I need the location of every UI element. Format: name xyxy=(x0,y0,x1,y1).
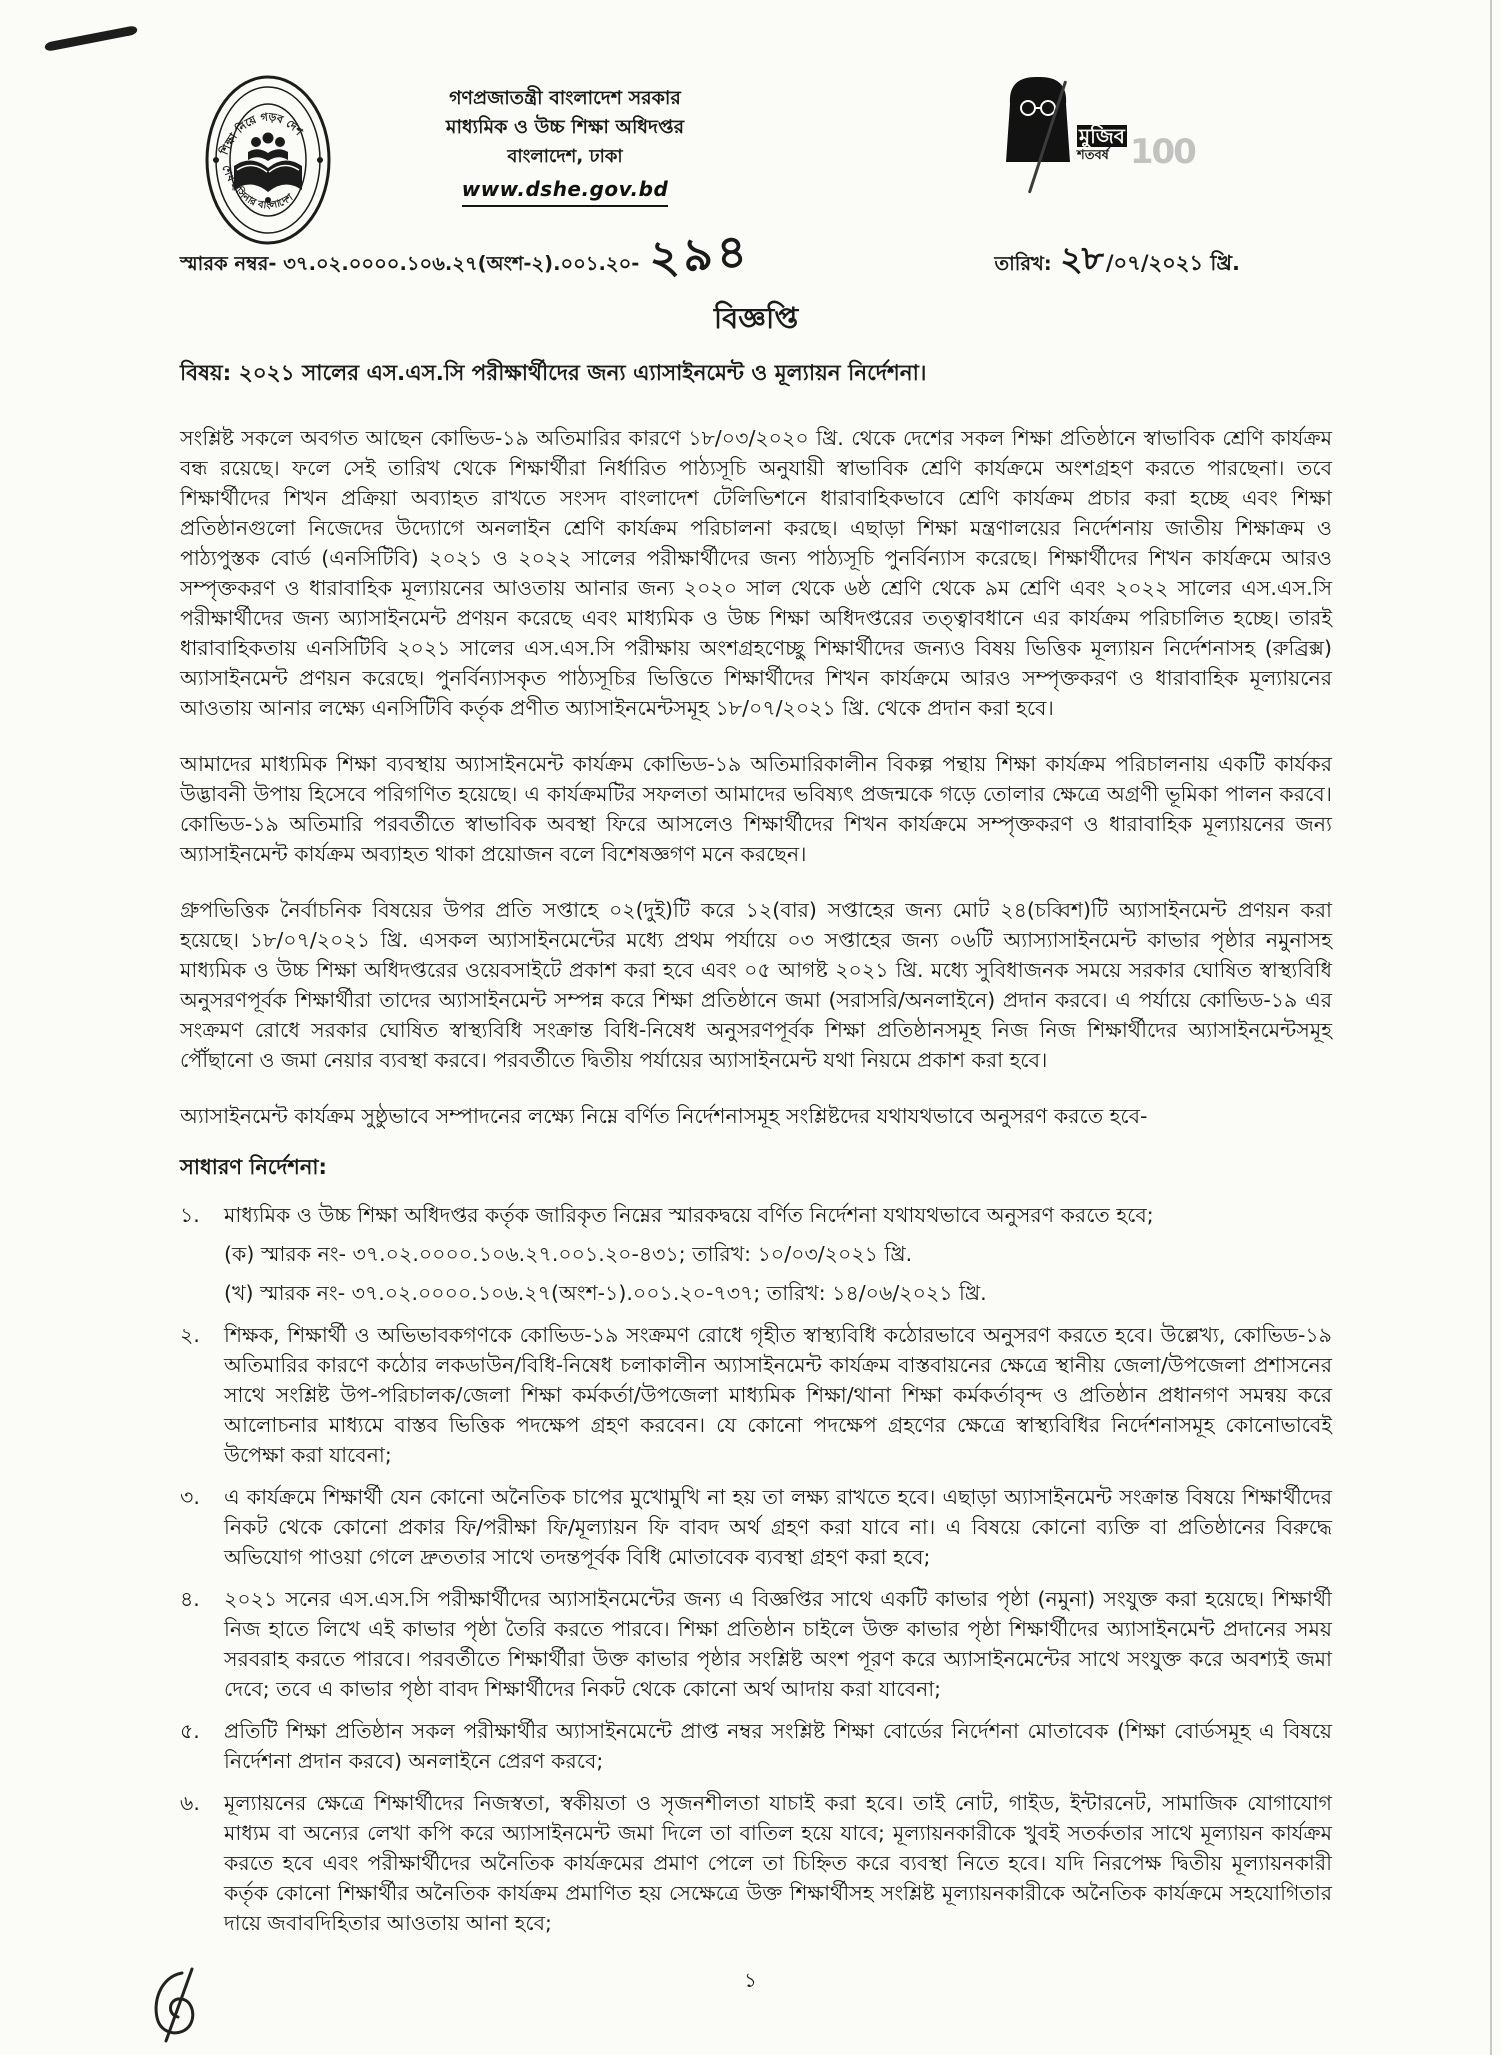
paragraph-2: আমাদের মাধ্যমিক শিক্ষা ব্যবস্থায় অ্যাসা… xyxy=(180,749,1332,869)
date-day-handwritten: ২৮ xyxy=(1059,245,1105,274)
sub-item-label: (খ) xyxy=(224,1281,253,1305)
directorate-name: মাধ্যমিক ও উচ্চ শিক্ষা অধিদপ্তর xyxy=(400,113,730,142)
date-label: তারিখ: xyxy=(994,250,1051,282)
page-number: ১ xyxy=(0,1966,1501,1999)
dshe-seal-logo-icon: শিক্ষা নিয়ে গড়ব দেশ শেখ হাসিনার বাংলাদ… xyxy=(204,74,332,250)
notice-body: বিজ্ঞপ্তি বিষয়: ২০২১ সালের এস.এস.সি পরী… xyxy=(180,296,1332,1950)
mujib100-logo-icon: মুজিব শতবর্ষ 100 xyxy=(1002,70,1195,166)
sub-item: (ক) স্মারক নং- ৩৭.০২.০০০০.১০৬.২৭.০০১.২০-… xyxy=(224,1239,1332,1269)
memo-number-group: স্মারক নম্বর- ৩৭.০২.০০০০.১০৬.২৭(অংশ-২).০… xyxy=(180,234,751,282)
sub-item-text: স্মারক নং- ৩৭.০২.০০০০.১০৬.২৭.০০১.২০-৪৩১;… xyxy=(261,1242,912,1266)
item-text: ২০২১ সনের এস.এস.সি পরীক্ষার্থীদের অ্যাসা… xyxy=(224,1584,1332,1704)
memo-number-handwritten: ২৯৪ xyxy=(648,231,752,279)
website-link[interactable]: www.dshe.gov.bd xyxy=(462,174,669,207)
instruction-item: ২. শিক্ষক, শিক্ষার্থী ও অভিভাবকগণকে কোভি… xyxy=(180,1320,1332,1470)
scanned-notice-page: শিক্ষা নিয়ে গড়ব দেশ শেখ হাসিনার বাংলাদ… xyxy=(0,0,1501,2055)
instruction-item: ৫. প্রতিটি শিক্ষা প্রতিষ্ঠান সকল পরীক্ষা… xyxy=(180,1716,1332,1776)
instruction-item: ৪. ২০২১ সনের এস.এস.সি পরীক্ষার্থীদের অ্য… xyxy=(180,1584,1332,1704)
item-text: প্রতিটি শিক্ষা প্রতিষ্ঠান সকল পরীক্ষার্থ… xyxy=(224,1716,1332,1776)
subject-line: বিষয়: ২০২১ সালের এস.এস.সি পরীক্ষার্থীদে… xyxy=(180,357,1332,393)
memo-number-label: স্মারক নম্বর- ৩৭.০২.০০০০.১০৬.২৭(অংশ-২).০… xyxy=(180,250,639,282)
sub-item-text: স্মারক নং- ৩৭.০২.০০০০.১০৬.২৭(অংশ-১).০০১.… xyxy=(260,1281,987,1305)
instruction-item: ৬. মূল্যায়নের ক্ষেত্রে শিক্ষার্থীদের নি… xyxy=(180,1788,1332,1938)
paragraph-4: অ্যাসাইনমেন্ট কার্যক্রম সুষ্ঠুভাবে সম্পা… xyxy=(180,1101,1332,1131)
item-number: ৪. xyxy=(180,1584,224,1704)
mujib-text-line1: মুজিব xyxy=(1077,125,1127,147)
item-number: ৫. xyxy=(180,1716,224,1776)
item-number: ১. xyxy=(180,1200,224,1308)
paragraph-3: গ্রুপভিত্তিক নৈর্বাচনিক বিষয়ের উপর প্রত… xyxy=(180,895,1332,1075)
letterhead-org-block: গণপ্রজাতন্ত্রী বাংলাদেশ সরকার মাধ্যমিক ও… xyxy=(400,84,730,207)
item-number: ৩. xyxy=(180,1482,224,1572)
paragraph-1: সংশ্লিষ্ট সকলে অবগত আছেন কোভিড-১৯ অতিমার… xyxy=(180,423,1332,723)
instruction-item: ৩. এ কার্যক্রমে শিক্ষার্থী যেন কোনো অনৈত… xyxy=(180,1482,1332,1572)
item-text: মূল্যায়নের ক্ষেত্রে শিক্ষার্থীদের নিজস্… xyxy=(224,1788,1332,1938)
item-text: এ কার্যক্রমে শিক্ষার্থী যেন কোনো অনৈতিক … xyxy=(224,1482,1332,1572)
item-number: ২. xyxy=(180,1320,224,1470)
general-instructions-heading: সাধারণ নির্দেশনা: xyxy=(180,1151,1332,1186)
sub-item: (খ) স্মারক নং- ৩৭.০২.০০০০.১০৬.২৭(অংশ-১).… xyxy=(224,1278,1332,1308)
org-location: বাংলাদেশ, ঢাকা xyxy=(400,143,730,171)
notice-title: বিজ্ঞপ্তি xyxy=(180,296,1332,345)
item-number: ৬. xyxy=(180,1788,224,1938)
sub-item-label: (ক) xyxy=(224,1242,254,1266)
instruction-item: ১. মাধ্যমিক ও উচ্চ শিক্ষা অধিদপ্তর কর্তৃ… xyxy=(180,1200,1332,1308)
pen-mark-icon xyxy=(44,25,138,52)
item-text: শিক্ষক, শিক্ষার্থী ও অভিভাবকগণকে কোভিড-১… xyxy=(224,1320,1332,1470)
mujib-100-number: 100 xyxy=(1130,139,1195,166)
mujib-logo-text: মুজিব শতবর্ষ xyxy=(1077,125,1127,162)
item-text: মাধ্যমিক ও উচ্চ শিক্ষা অধিদপ্তর কর্তৃক জ… xyxy=(224,1203,1154,1227)
mujib-text-line2: শতবর্ষ xyxy=(1077,149,1127,162)
memo-row: স্মারক নম্বর- ৩৭.০২.০০০০.১০৬.২৭(অংশ-২).০… xyxy=(180,234,1332,282)
date-group: তারিখ: ২৮ /০৭/২০২১ খ্রি. xyxy=(994,246,1240,282)
item-text-block: মাধ্যমিক ও উচ্চ শিক্ষা অধিদপ্তর কর্তৃক জ… xyxy=(224,1200,1332,1308)
government-name: গণপ্রজাতন্ত্রী বাংলাদেশ সরকার xyxy=(400,84,730,113)
date-rest: /০৭/২০২১ খ্রি. xyxy=(1106,247,1240,282)
signature-mark-icon xyxy=(148,1967,210,2049)
